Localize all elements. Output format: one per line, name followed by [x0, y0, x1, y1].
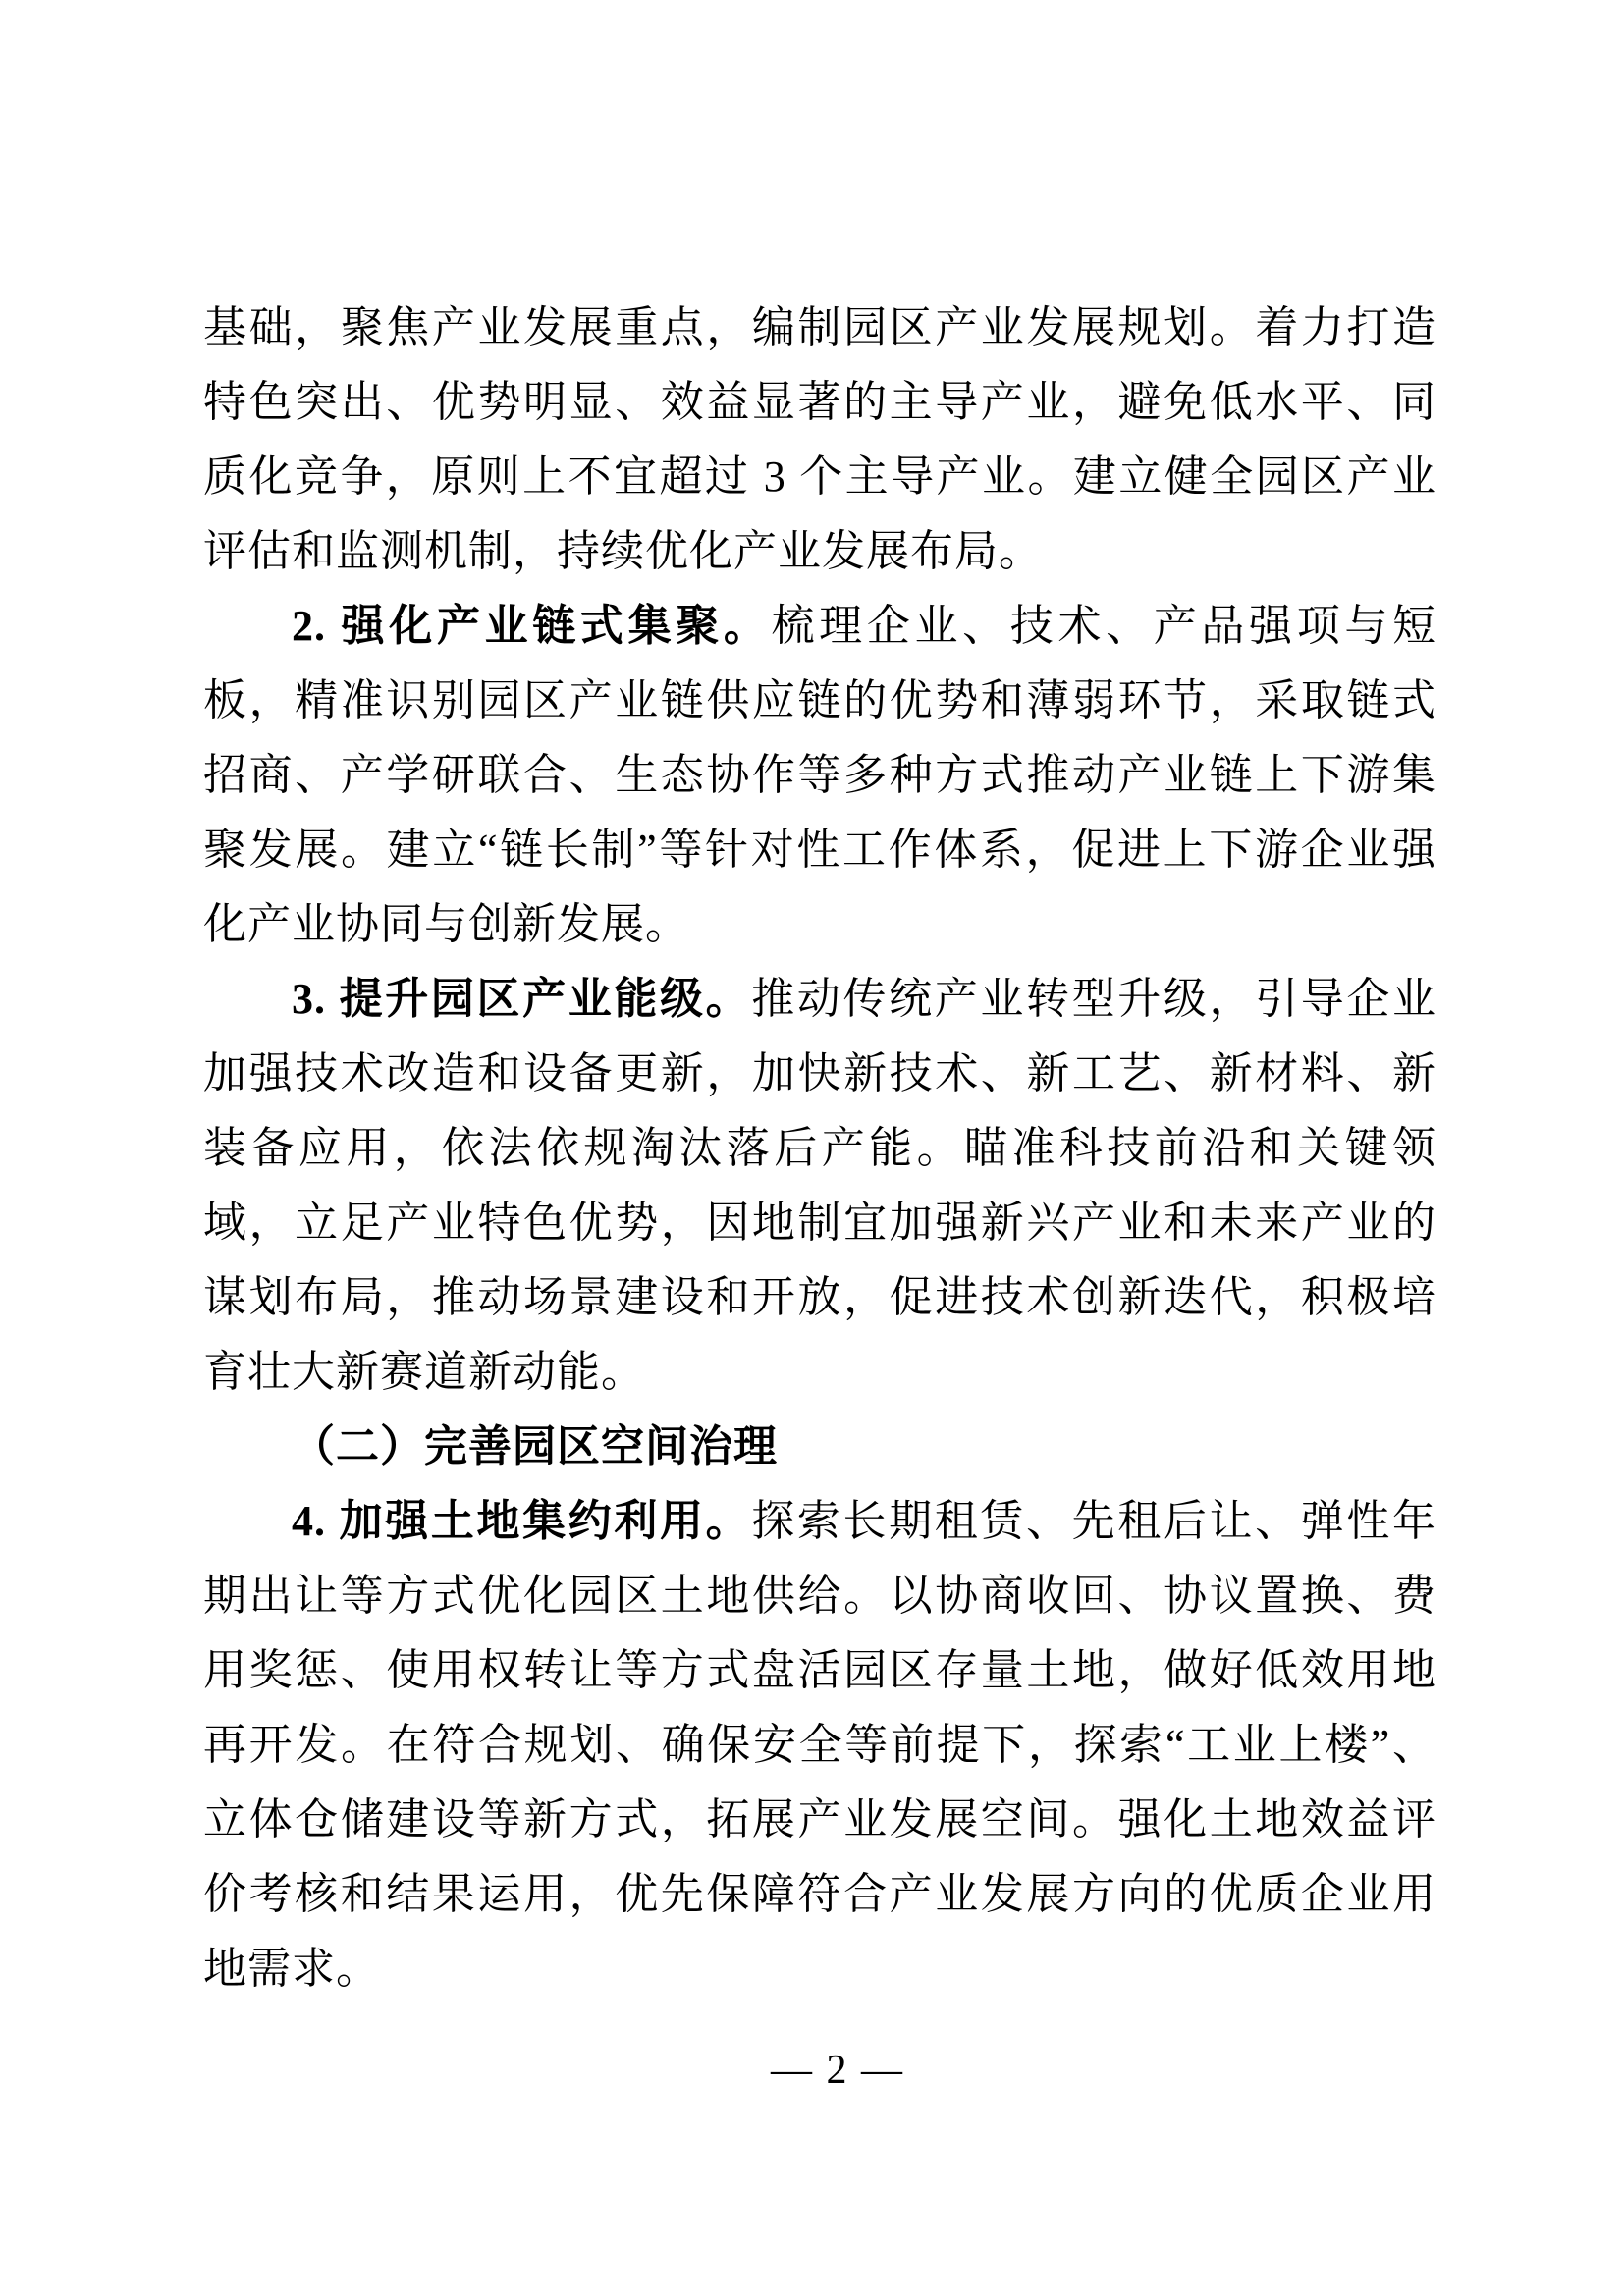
document-body: 基础，聚焦产业发展重点，编制园区产业发展规划。着力打造特色突出、优势明显、效益显…	[203, 291, 1436, 2006]
numbered-paragraph-4: 4. 加强土地集约利用。探索长期租赁、先租后让、弹性年期出让等方式优化园区土地供…	[203, 1484, 1436, 2006]
page-number: — 2 —	[771, 2048, 904, 2093]
emphasis-run: 3. 提升园区产业能级。	[292, 975, 751, 1023]
text-run: 探索长期租赁、先租后让、弹性年期出让等方式优化园区土地供给。以协商收回、协议置换…	[203, 1497, 1436, 1993]
emphasis-run: （二）完善园区空间治理	[292, 1422, 778, 1470]
numbered-paragraph-3: 3. 提升园区产业能级。推动传统产业转型升级，引导企业加强技术改造和设备更新，加…	[203, 962, 1436, 1410]
emphasis-run: 2. 强化产业链式集聚。	[292, 602, 772, 650]
emphasis-run: 4. 加强土地集约利用。	[292, 1497, 751, 1545]
text-run: 梳理企业、技术、产品强项与短板，精准识别园区产业链供应链的优势和薄弱环节，采取链…	[203, 602, 1436, 948]
document-page: 基础，聚焦产业发展重点，编制园区产业发展规划。着力打造特色突出、优势明显、效益显…	[0, 0, 1624, 2296]
body-paragraph-continued: 基础，聚焦产业发展重点，编制园区产业发展规划。着力打造特色突出、优势明显、效益显…	[203, 291, 1436, 589]
text-run: 推动传统产业转型升级，引导企业加强技术改造和设备更新，加快新技术、新工艺、新材料…	[203, 975, 1436, 1396]
text-run: 基础，聚焦产业发展重点，编制园区产业发展规划。着力打造特色突出、优势明显、效益显…	[203, 303, 1436, 575]
numbered-paragraph-2: 2. 强化产业链式集聚。梳理企业、技术、产品强项与短板，精准识别园区产业链供应链…	[203, 589, 1436, 962]
section-heading-2: （二）完善园区空间治理	[203, 1410, 1436, 1484]
